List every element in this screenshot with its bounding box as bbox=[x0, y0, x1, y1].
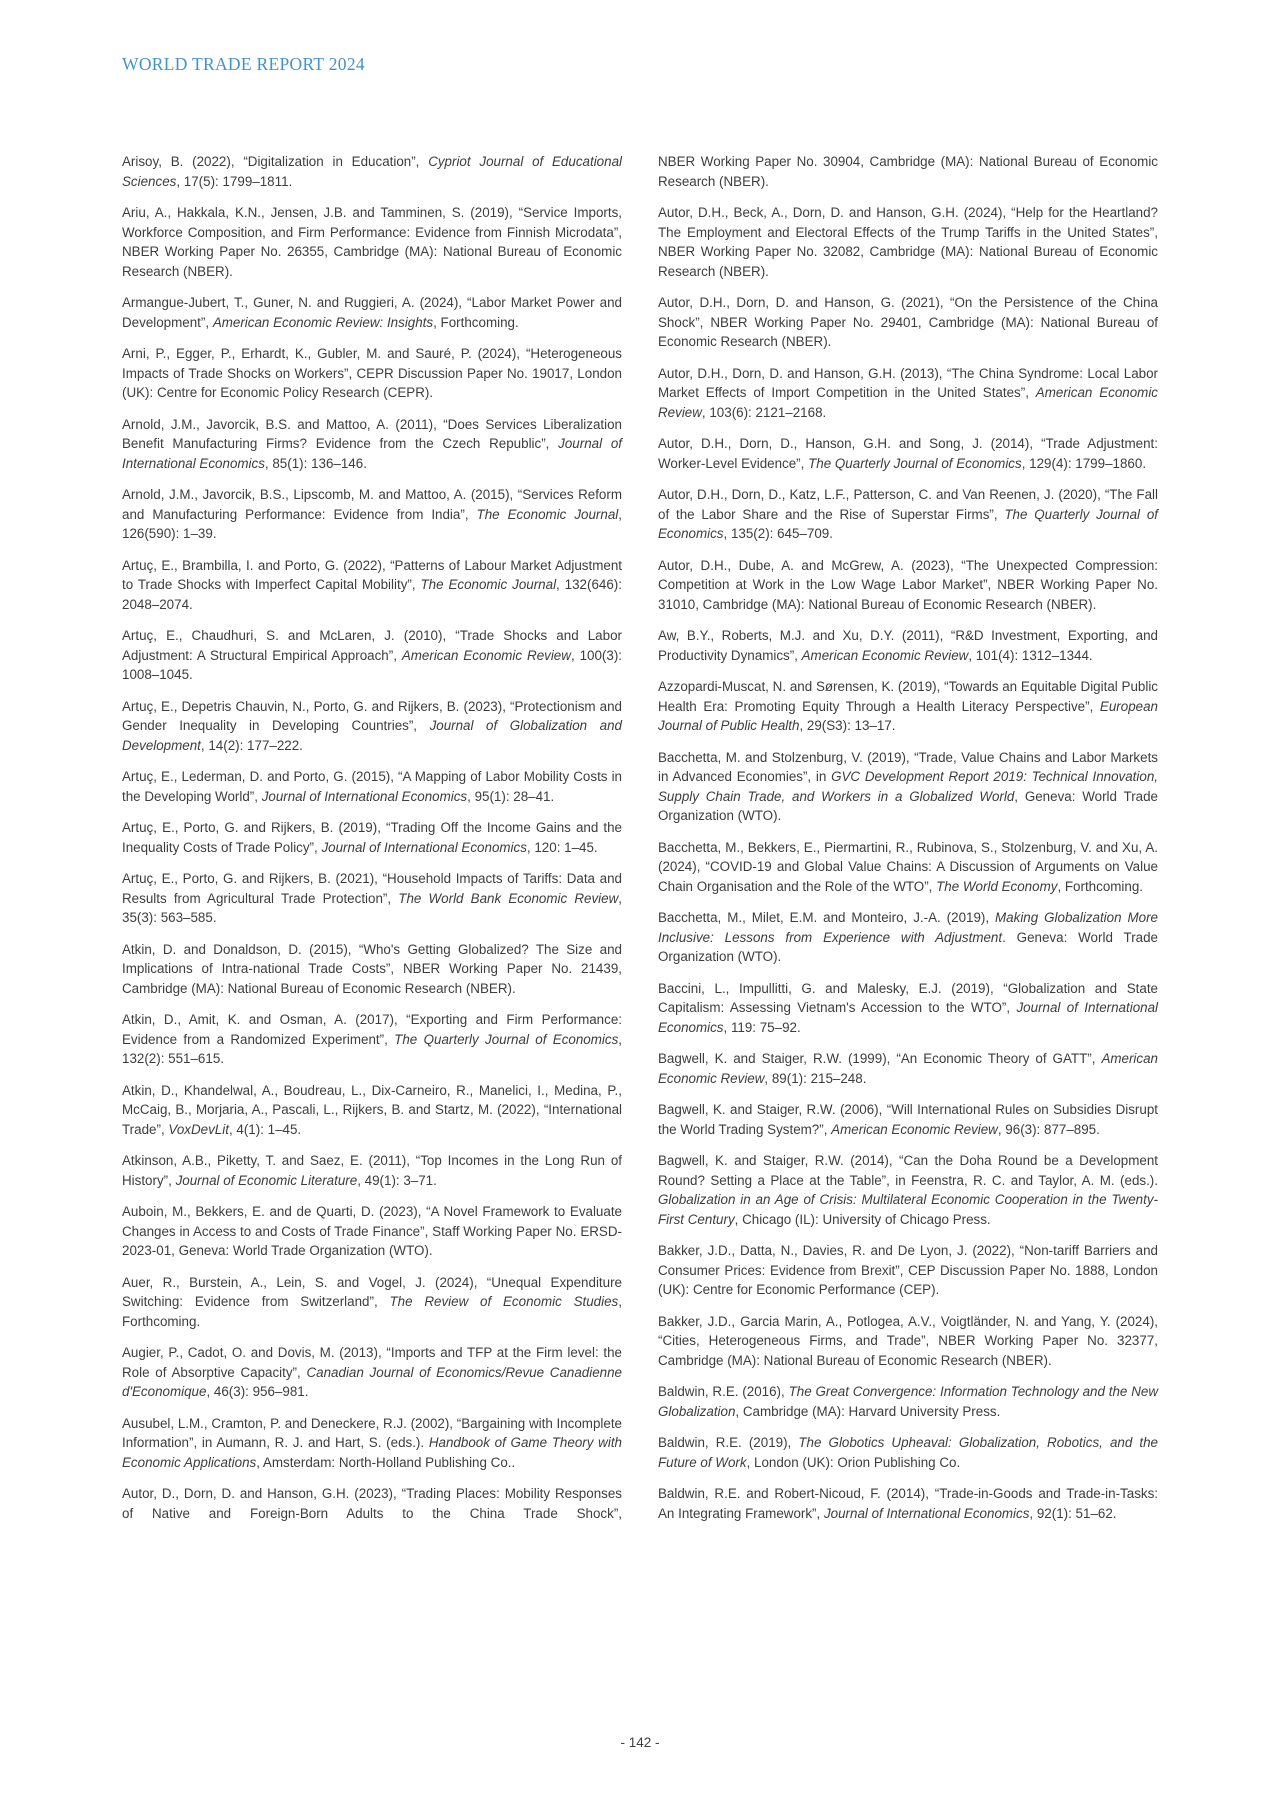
reference-entry: Auer, R., Burstein, A., Lein, S. and Vog… bbox=[122, 1273, 622, 1332]
reference-entry: Autor, D.H., Dorn, D. and Hanson, G.H. (… bbox=[658, 364, 1158, 423]
reference-entry: Azzopardi-Muscat, N. and Sørensen, K. (2… bbox=[658, 677, 1158, 736]
reference-entry: Augier, P., Cadot, O. and Dovis, M. (201… bbox=[122, 1343, 622, 1402]
reference-entry: NBER Working Paper No. 30904, Cambridge … bbox=[658, 152, 1158, 191]
reference-entry: Atkinson, A.B., Piketty, T. and Saez, E.… bbox=[122, 1151, 622, 1190]
reference-entry: Ariu, A., Hakkala, K.N., Jensen, J.B. an… bbox=[122, 203, 622, 281]
reference-entry: Atkin, D., Khandelwal, A., Boudreau, L.,… bbox=[122, 1081, 622, 1140]
reference-entry: Bakker, J.D., Garcia Marin, A., Potlogea… bbox=[658, 1312, 1158, 1371]
reference-entry: Arnold, J.M., Javorcik, B.S., Lipscomb, … bbox=[122, 485, 622, 544]
reference-entry: Artuç, E., Porto, G. and Rijkers, B. (20… bbox=[122, 869, 622, 928]
reference-entry: Arni, P., Egger, P., Erhardt, K., Gubler… bbox=[122, 344, 622, 403]
reference-entry: Bacchetta, M., Milet, E.M. and Monteiro,… bbox=[658, 908, 1158, 967]
reference-entry: Atkin, D., Amit, K. and Osman, A. (2017)… bbox=[122, 1010, 622, 1069]
reference-entry: Autor, D., Dorn, D. and Hanson, G.H. (20… bbox=[122, 1484, 622, 1523]
reference-entry: Artuç, E., Depetris Chauvin, N., Porto, … bbox=[122, 697, 622, 756]
references-right-column: NBER Working Paper No. 30904, Cambridge … bbox=[658, 152, 1158, 1535]
reference-entry: Bagwell, K. and Staiger, R.W. (2006), “W… bbox=[658, 1100, 1158, 1139]
reference-entry: Autor, D.H., Beck, A., Dorn, D. and Hans… bbox=[658, 203, 1158, 281]
reference-entry: Bagwell, K. and Staiger, R.W. (2014), “C… bbox=[658, 1151, 1158, 1229]
reference-entry: Artuç, E., Lederman, D. and Porto, G. (2… bbox=[122, 767, 622, 806]
reference-entry: Autor, D.H., Dorn, D. and Hanson, G. (20… bbox=[658, 293, 1158, 352]
reference-entry: Bacchetta, M. and Stolzenburg, V. (2019)… bbox=[658, 748, 1158, 826]
reference-entry: Baldwin, R.E. and Robert-Nicoud, F. (201… bbox=[658, 1484, 1158, 1523]
reference-entry: Artuç, E., Brambilla, I. and Porto, G. (… bbox=[122, 556, 622, 615]
reference-entry: Bacchetta, M., Bekkers, E., Piermartini,… bbox=[658, 838, 1158, 897]
reference-entry: Auboin, M., Bekkers, E. and de Quarti, D… bbox=[122, 1202, 622, 1261]
references-section: Arisoy, B. (2022), “Digitalization in Ed… bbox=[122, 152, 1158, 1535]
page-number: - 142 - bbox=[0, 1735, 1280, 1750]
references-left-column: Arisoy, B. (2022), “Digitalization in Ed… bbox=[122, 152, 622, 1535]
reference-entry: Autor, D.H., Dorn, D., Katz, L.F., Patte… bbox=[658, 485, 1158, 544]
reference-entry: Baldwin, R.E. (2016), The Great Converge… bbox=[658, 1382, 1158, 1421]
reference-entry: Bagwell, K. and Staiger, R.W. (1999), “A… bbox=[658, 1049, 1158, 1088]
reference-entry: Ausubel, L.M., Cramton, P. and Deneckere… bbox=[122, 1414, 622, 1473]
reference-entry: Artuç, E., Chaudhuri, S. and McLaren, J.… bbox=[122, 626, 622, 685]
reference-entry: Baldwin, R.E. (2019), The Globotics Uphe… bbox=[658, 1433, 1158, 1472]
reference-entry: Arnold, J.M., Javorcik, B.S. and Mattoo,… bbox=[122, 415, 622, 474]
reference-entry: Baccini, L., Impullitti, G. and Malesky,… bbox=[658, 979, 1158, 1038]
reference-entry: Atkin, D. and Donaldson, D. (2015), “Who… bbox=[122, 940, 622, 999]
reference-entry: Artuç, E., Porto, G. and Rijkers, B. (20… bbox=[122, 818, 622, 857]
reference-entry: Aw, B.Y., Roberts, M.J. and Xu, D.Y. (20… bbox=[658, 626, 1158, 665]
reference-entry: Armangue-Jubert, T., Guner, N. and Ruggi… bbox=[122, 293, 622, 332]
reference-entry: Autor, D.H., Dorn, D., Hanson, G.H. and … bbox=[658, 434, 1158, 473]
running-header: WORLD TRADE REPORT 2024 bbox=[122, 54, 365, 75]
reference-entry: Arisoy, B. (2022), “Digitalization in Ed… bbox=[122, 152, 622, 191]
reference-entry: Bakker, J.D., Datta, N., Davies, R. and … bbox=[658, 1241, 1158, 1300]
reference-entry: Autor, D.H., Dube, A. and McGrew, A. (20… bbox=[658, 556, 1158, 615]
